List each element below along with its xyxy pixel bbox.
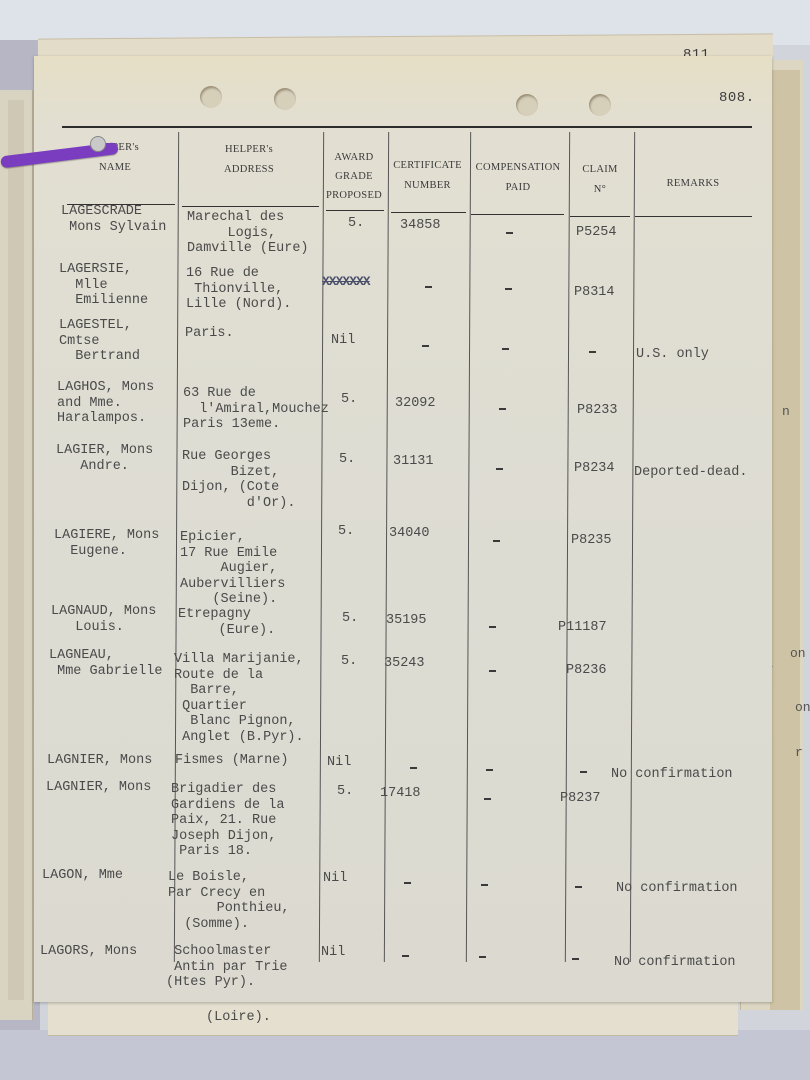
binding-eyelet <box>90 136 106 152</box>
certificate-dash <box>422 345 429 347</box>
helper-address: Fismes (Marne) <box>175 753 288 769</box>
header-line: NUMBER <box>387 176 468 196</box>
header-certificate: CERTIFICATE NUMBER <box>387 156 468 196</box>
certificate-dash <box>404 882 411 884</box>
award-grade: Nil <box>331 333 355 349</box>
punch-hole <box>589 94 611 116</box>
compensation-dash <box>493 540 500 542</box>
compensation-dash <box>479 956 486 958</box>
award-grade: 5. <box>341 392 357 408</box>
column-divider <box>319 132 324 962</box>
punch-hole <box>274 88 296 110</box>
claim-dash <box>575 886 582 888</box>
edge-fragment: on <box>795 700 810 715</box>
header-line: N° <box>568 180 632 200</box>
helper-address: Brigadier des Gardiens de la Paix, 21. R… <box>171 782 284 860</box>
certificate-dash <box>410 767 417 769</box>
header-underline <box>326 210 384 211</box>
helper-name: LAGON, Mme <box>42 868 123 884</box>
header-line: CERTIFICATE <box>387 156 468 176</box>
award-grade: 5. <box>341 654 357 670</box>
helper-address: Villa Marijanie, Route de la Barre, Quar… <box>174 652 304 745</box>
certificate-number: 17418 <box>380 786 421 802</box>
column-divider <box>466 132 471 962</box>
compensation-dash <box>499 408 506 410</box>
header-line: REMARKS <box>633 174 753 194</box>
claim-number: P8235 <box>571 533 612 549</box>
header-line: AWARD <box>322 148 386 167</box>
helper-name: LAGNAUD, Mons Louis. <box>51 604 156 635</box>
certificate-number: 34858 <box>400 218 441 234</box>
helper-address: Etrepagny (Eure). <box>178 607 275 638</box>
award-grade: Nil <box>323 871 347 887</box>
header-compensation: COMPENSATION PAID <box>469 158 567 198</box>
award-grade: Nil <box>327 755 351 771</box>
certificate-number: 32092 <box>395 396 436 412</box>
compensation-dash <box>481 884 488 886</box>
helper-address: Marechal des Logis, Damville (Eure) <box>187 210 309 257</box>
background-table <box>0 1030 810 1080</box>
remarks: Deported-dead. <box>634 465 747 481</box>
helper-name: LAGESTEL, Cmtse Bertrand <box>59 318 140 365</box>
claim-dash <box>580 771 587 773</box>
award-grade: 5. <box>342 611 358 627</box>
bottom-sheet-fragment: (Loire). <box>206 1010 271 1026</box>
left-sheet-shadow <box>8 100 24 1000</box>
compensation-dash <box>496 468 503 470</box>
award-grade: 5. <box>339 452 355 468</box>
claim-number: P8237 <box>560 791 601 807</box>
column-divider <box>630 132 635 962</box>
helper-name: LAGHOS, Mons and Mme. Haralampos. <box>57 380 154 427</box>
claim-dash <box>572 958 579 960</box>
header-line: COMPENSATION <box>469 158 567 178</box>
remarks: No confirmation <box>616 881 738 897</box>
header-award: AWARD GRADE PROPOSED <box>322 148 386 205</box>
helper-name: LAGNIER, Mons <box>46 780 151 796</box>
helper-address: 63 Rue de l'Amiral,Mouchez Paris 13eme. <box>183 386 329 433</box>
edge-fragment: on <box>790 646 806 661</box>
certificate-number: 31131 <box>393 454 434 470</box>
compensation-dash <box>489 626 496 628</box>
claim-number: P11187 <box>558 620 607 636</box>
header-address: HELPER's ADDRESS <box>177 140 321 180</box>
certificate-dash <box>425 286 432 288</box>
header-underline <box>182 206 319 207</box>
certificate-dash <box>402 955 409 957</box>
compensation-dash <box>484 798 491 800</box>
helper-name: LAGESCRADE Mons Sylvain <box>61 204 166 235</box>
helper-address: Paris. <box>185 326 234 342</box>
award-grade: 5. <box>348 216 364 232</box>
right-sheet-edges-inner <box>770 70 800 1010</box>
header-underline <box>635 216 752 217</box>
helper-name: LAGIER, Mons Andre. <box>56 443 153 474</box>
header-line: PAID <box>469 178 567 198</box>
header-claim: CLAIM N° <box>568 160 632 200</box>
award-grade: 5. <box>338 524 354 540</box>
remarks: U.S. only <box>636 347 709 363</box>
header-line: HELPER's <box>177 140 321 160</box>
compensation-dash <box>489 670 496 672</box>
header-line: NAME <box>54 158 176 178</box>
header-remarks: REMARKS <box>633 174 753 194</box>
edge-fragment: n <box>782 404 790 419</box>
document-page: 808. HELPER's NAME HELPER's ADDRESS AWAR… <box>34 56 772 1002</box>
certificate-number: 34040 <box>389 526 430 542</box>
header-line: ADDRESS <box>177 160 321 180</box>
remarks: No confirmation <box>611 767 733 783</box>
punch-hole <box>516 94 538 116</box>
header-underline <box>570 216 630 217</box>
claim-number: P8233 <box>577 403 618 419</box>
struck-out-award: XXXXXXX <box>322 274 370 289</box>
compensation-dash <box>505 288 512 290</box>
header-underline <box>391 212 466 213</box>
header-line: PROPOSED <box>322 186 386 205</box>
helper-name: LAGERSIE, Mlle Emilienne <box>59 262 148 309</box>
award-grade: 5. <box>337 784 353 800</box>
column-divider <box>565 132 570 962</box>
helper-address: Le Boisle, Par Crecy en Ponthieu, (Somme… <box>168 870 290 932</box>
helper-name: LAGNIER, Mons <box>47 753 152 769</box>
helper-name: LAGIERE, Mons Eugene. <box>54 528 159 559</box>
claim-number: P8314 <box>574 285 615 301</box>
claim-number: P8234 <box>574 461 615 477</box>
compensation-dash <box>506 232 513 234</box>
helper-address: Rue Georges Bizet, Dijon, (Cote d'Or). <box>182 449 295 511</box>
award-grade: Nil <box>321 945 345 961</box>
helper-name: LAGNEAU, Mme Gabrielle <box>49 648 162 679</box>
claim-dash <box>589 351 596 353</box>
claim-number: P5254 <box>576 225 617 241</box>
header-line: GRADE <box>322 167 386 186</box>
punch-hole <box>200 86 222 108</box>
compensation-dash <box>502 348 509 350</box>
certificate-number: 35195 <box>386 613 427 629</box>
column-divider <box>384 132 389 962</box>
edge-fragment: r <box>795 745 803 760</box>
header-rule <box>62 126 752 128</box>
helper-name: LAGORS, Mons <box>40 944 137 960</box>
remarks: No confirmation <box>614 955 736 971</box>
compensation-dash <box>486 769 493 771</box>
helper-address: 16 Rue de Thionville, Lille (Nord). <box>186 266 291 313</box>
header-underline <box>471 214 564 215</box>
header-line: CLAIM <box>568 160 632 180</box>
certificate-number: 35243 <box>384 656 425 672</box>
helper-address: Epicier, 17 Rue Emile Augier, Aubervilli… <box>180 530 285 608</box>
helper-address: Schoolmaster Antin par Trie (Htes Pyr). <box>166 944 288 991</box>
page-number: 808. <box>719 90 755 106</box>
claim-number: P8236 <box>566 663 607 679</box>
